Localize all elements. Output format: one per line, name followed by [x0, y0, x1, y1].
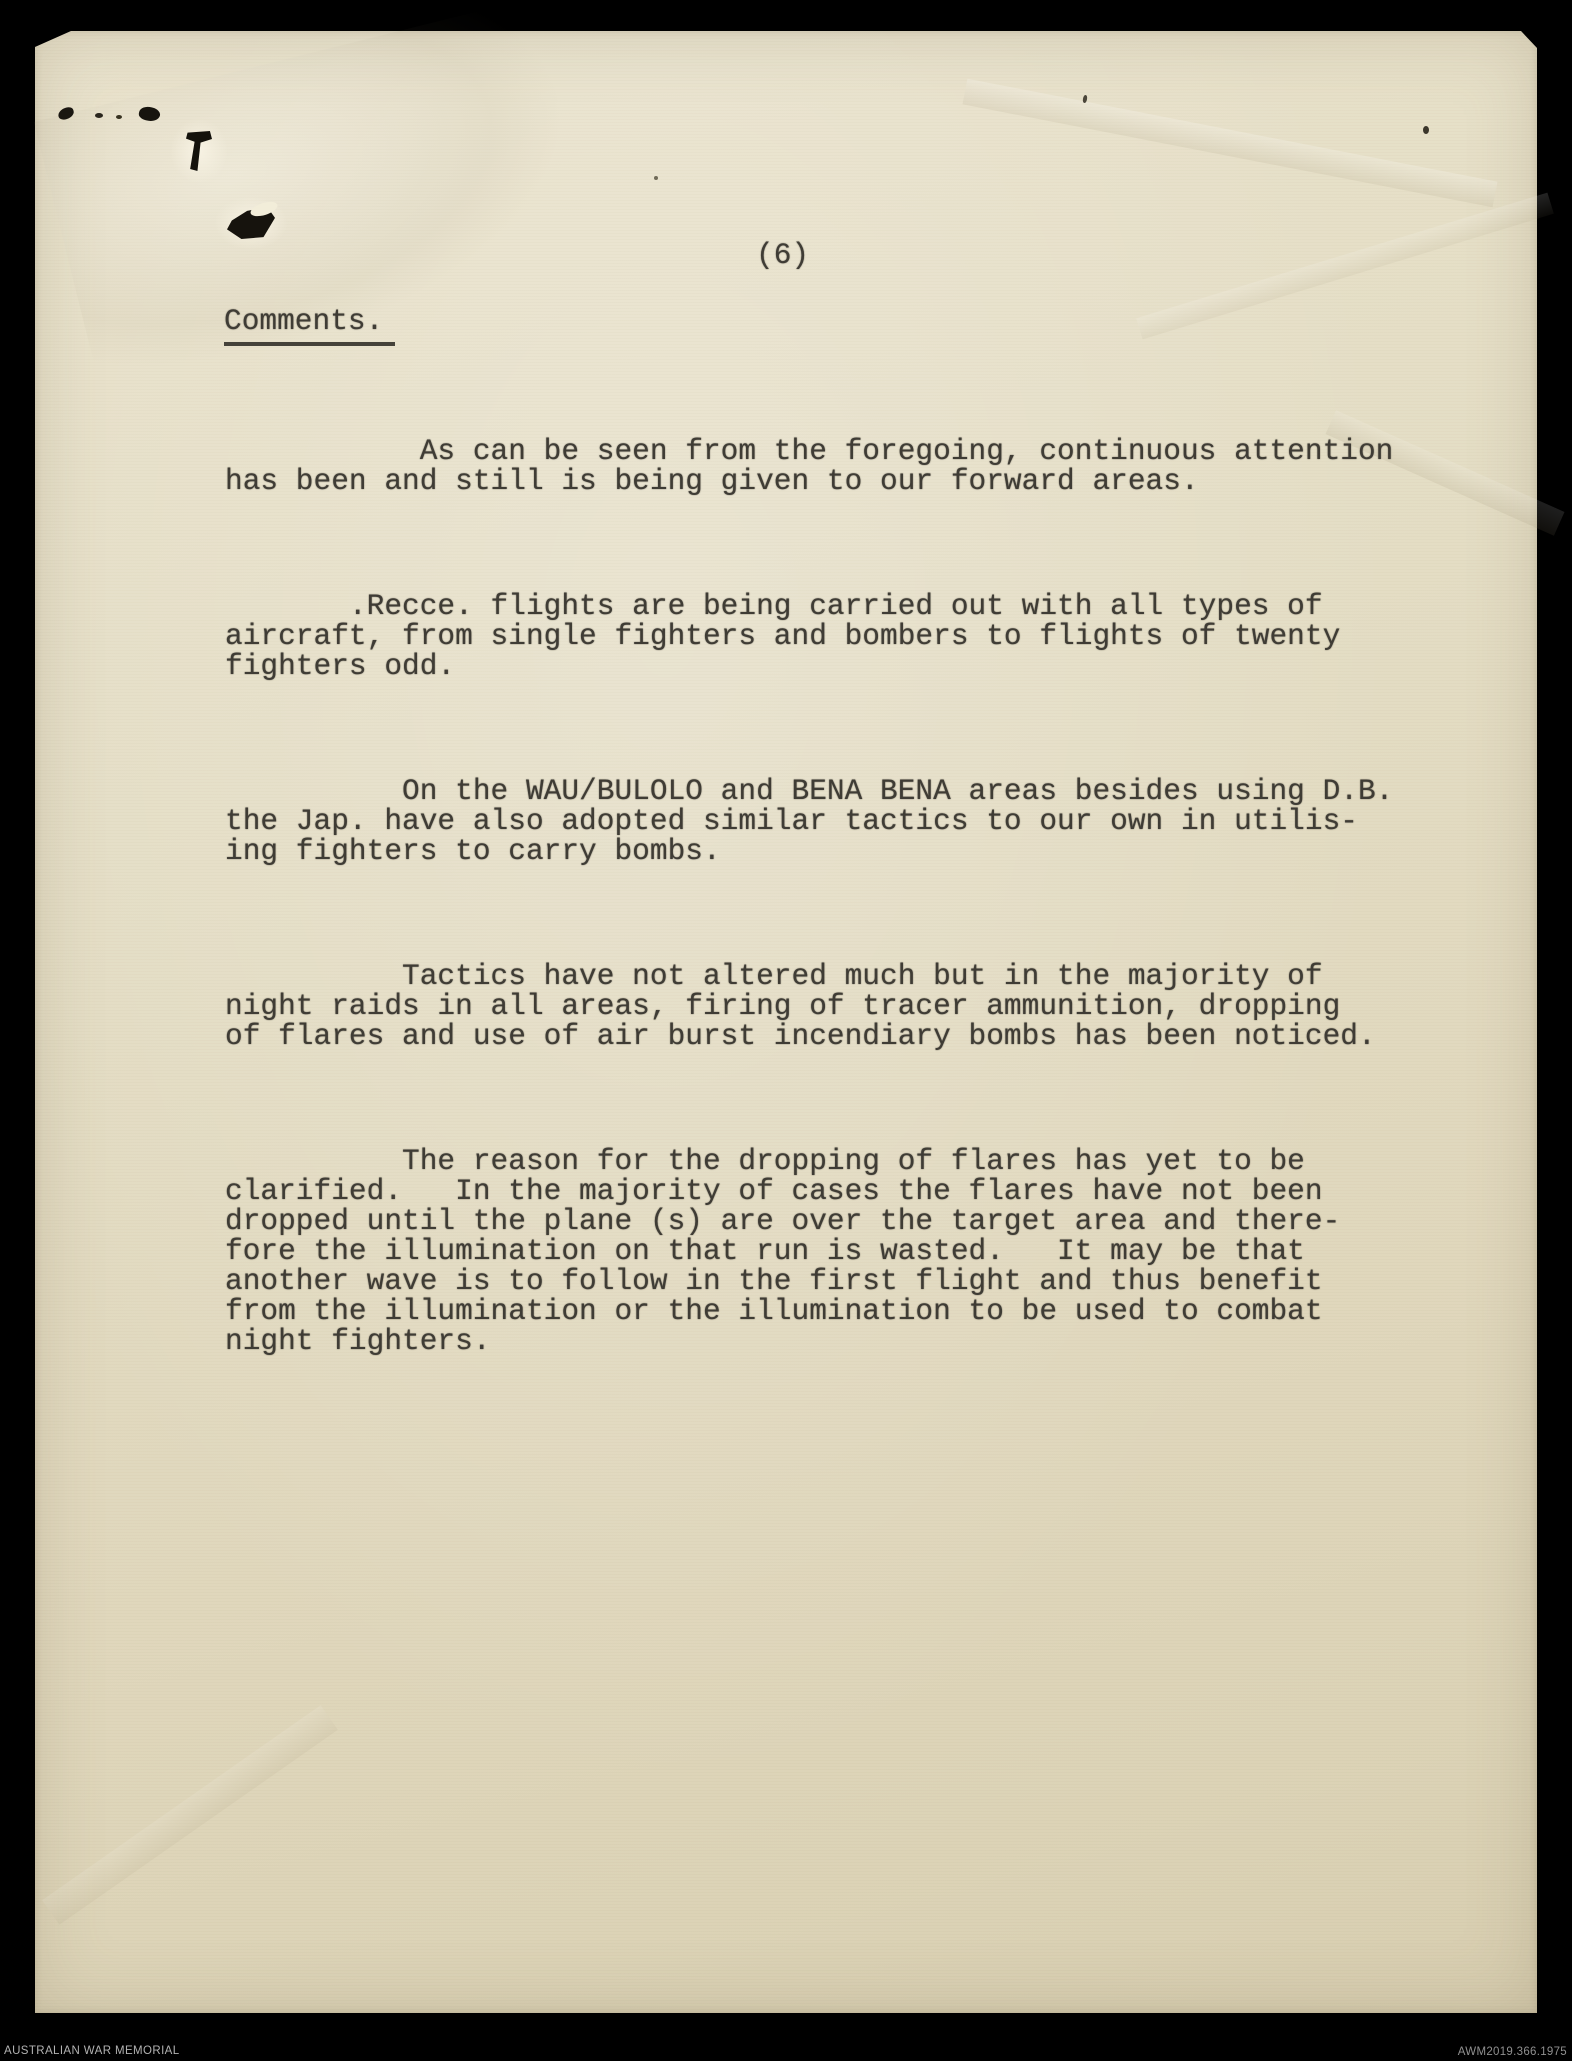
archive-name-label: AUSTRALIAN WAR MEMORIAL — [4, 2045, 180, 2057]
pin-hole — [95, 113, 103, 118]
ink-speck — [1423, 126, 1429, 134]
paragraph: The reason for the dropping of flares ha… — [225, 1146, 1393, 1356]
paragraph: .Recce. flights are being carried out wi… — [225, 591, 1393, 681]
paragraph: As can be seen from the foregoing, conti… — [225, 436, 1393, 496]
pin-hole — [116, 115, 122, 119]
ink-speck — [654, 176, 658, 180]
paragraph: Tactics have not altered much but in the… — [225, 961, 1393, 1051]
document-body: As can be seen from the foregoing, conti… — [225, 376, 1393, 1451]
paragraph: On the WAU/BULOLO and BENA BENA areas be… — [225, 776, 1393, 866]
archive-accession-number: AWM2019.366.1975 — [1458, 2046, 1567, 2058]
section-heading: Comments. — [224, 306, 395, 346]
document-scan: (6) Comments. As can be seen from the fo… — [0, 0, 1572, 2061]
section-heading-text: Comments. — [224, 306, 395, 346]
page-number: (6) — [756, 240, 809, 270]
